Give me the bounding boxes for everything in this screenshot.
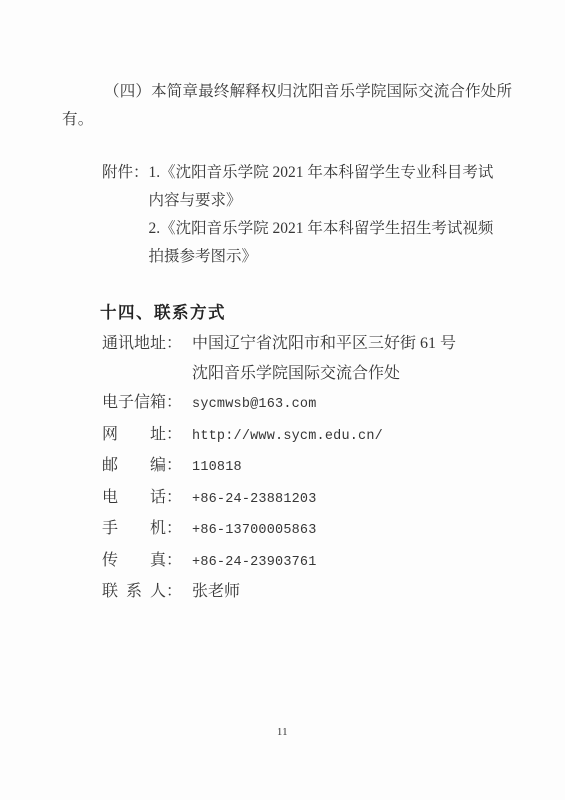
contact-row-website: 网址 ： http://www.sycm.edu.cn/ bbox=[102, 420, 503, 452]
label-colon: ： bbox=[166, 546, 182, 576]
contact-value-fax: +86-24-23903761 bbox=[192, 548, 317, 578]
contact-row-contact-person: 联系人 ： 张老师 bbox=[102, 577, 503, 607]
contact-value-mobile: +86-13700005863 bbox=[192, 516, 317, 546]
attachments-list: 1.《沈阳音乐学院 2021 年本科留学生专业科目考试 内容与要求》 2.《沈阳… bbox=[149, 159, 503, 271]
contact-label-address: 通讯地址 bbox=[102, 329, 166, 359]
contact-label-website: 网址 bbox=[102, 420, 166, 450]
attachment-1-line-2: 内容与要求》 bbox=[149, 187, 503, 215]
attachment-1-line-1: 1.《沈阳音乐学院 2021 年本科留学生专业科目考试 bbox=[149, 159, 503, 187]
contact-label-postcode: 邮编 bbox=[102, 451, 166, 481]
contact-value-contact-person: 张老师 bbox=[192, 577, 240, 607]
contact-label-phone: 电话 bbox=[102, 483, 166, 513]
address-line-1: 中国辽宁省沈阳市和平区三好街 61 号 bbox=[192, 329, 456, 359]
attachment-2-line-2: 拍摄参考图示》 bbox=[149, 243, 503, 271]
contact-row-postcode: 邮编 ： 110818 bbox=[102, 451, 503, 483]
contact-label-mobile: 手机 bbox=[102, 514, 166, 544]
contact-value-email: sycmwsb@163.com bbox=[192, 390, 317, 420]
attachment-item-1: 1.《沈阳音乐学院 2021 年本科留学生专业科目考试 内容与要求》 bbox=[149, 159, 503, 215]
contact-value-postcode: 110818 bbox=[192, 453, 242, 483]
label-colon: ： bbox=[166, 514, 182, 544]
page-number: 11 bbox=[0, 727, 565, 738]
contact-row-phone: 电话 ： +86-24-23881203 bbox=[102, 483, 503, 515]
label-colon: ： bbox=[166, 420, 182, 450]
address-line-2: 沈阳音乐学院国际交流合作处 bbox=[192, 359, 456, 389]
contact-label-fax: 传真 bbox=[102, 546, 166, 576]
contact-value-address: 中国辽宁省沈阳市和平区三好街 61 号 沈阳音乐学院国际交流合作处 bbox=[192, 329, 456, 388]
contact-list: 通讯地址 ： 中国辽宁省沈阳市和平区三好街 61 号 沈阳音乐学院国际交流合作处… bbox=[102, 329, 503, 607]
document-content: （四）本简章最终解释权归沈阳音乐学院国际交流合作处所有。 附件： 1.《沈阳音乐… bbox=[62, 78, 503, 607]
label-colon: ： bbox=[166, 451, 182, 481]
contact-row-email: 电子信箱 ： sycmwsb@163.com bbox=[102, 388, 503, 420]
label-colon: ： bbox=[166, 329, 182, 359]
contact-row-mobile: 手机 ： +86-13700005863 bbox=[102, 514, 503, 546]
document-page: （四）本简章最终解释权归沈阳音乐学院国际交流合作处所有。 附件： 1.《沈阳音乐… bbox=[0, 0, 565, 800]
attachment-item-2: 2.《沈阳音乐学院 2021 年本科留学生招生考试视频 拍摄参考图示》 bbox=[149, 215, 503, 271]
closing-clause-paragraph: （四）本简章最终解释权归沈阳音乐学院国际交流合作处所有。 bbox=[62, 78, 514, 134]
contact-row-fax: 传真 ： +86-24-23903761 bbox=[102, 546, 503, 578]
contact-value-phone: +86-24-23881203 bbox=[192, 485, 317, 515]
attachment-2-line-1: 2.《沈阳音乐学院 2021 年本科留学生招生考试视频 bbox=[149, 215, 503, 243]
section-heading-contact-info: 十四、联系方式 bbox=[100, 302, 503, 324]
contact-label-contact-person: 联系人 bbox=[102, 577, 166, 607]
contact-value-website: http://www.sycm.edu.cn/ bbox=[192, 422, 383, 452]
attachments-block: 附件： 1.《沈阳音乐学院 2021 年本科留学生专业科目考试 内容与要求》 2… bbox=[102, 159, 503, 271]
label-colon: ： bbox=[166, 483, 182, 513]
label-colon: ： bbox=[166, 388, 182, 418]
attachments-label: 附件： bbox=[102, 159, 149, 271]
label-colon: ： bbox=[166, 577, 182, 607]
contact-row-address: 通讯地址 ： 中国辽宁省沈阳市和平区三好街 61 号 沈阳音乐学院国际交流合作处 bbox=[102, 329, 503, 388]
contact-label-email: 电子信箱 bbox=[102, 388, 166, 418]
